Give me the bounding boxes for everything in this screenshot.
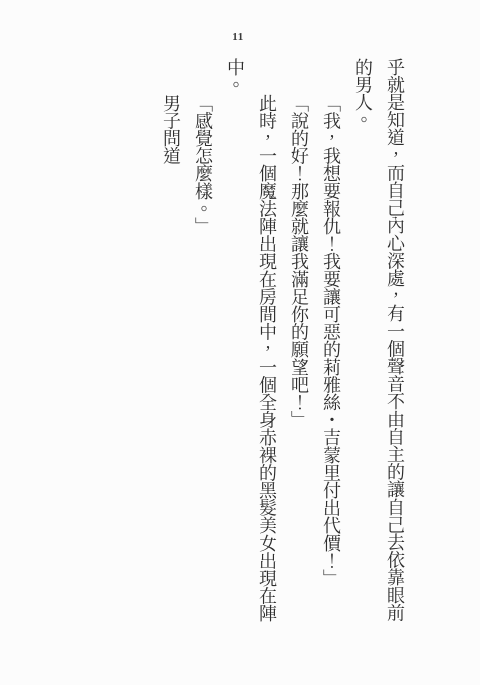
book-page: 11 乎就是知道，而自己內心深處，有一個聲音不由自主的讓自己去依靠眼前的男人。 … xyxy=(0,0,480,685)
paragraph-dialogue-revenge: 「我，我想要報仇！我要讓可惡的莉雅絲・吉蒙里付出代價！」 xyxy=(315,58,347,626)
paragraph-dialogue-wish: 「說的好！那麼就讓我滿足你的願望吧！」 xyxy=(283,58,315,626)
paragraph-narration-man-asked: 男子問道 xyxy=(155,58,187,626)
paragraph-continuation: 乎就是知道，而自己內心深處，有一個聲音不由自主的讓自己去依靠眼前的男人。 xyxy=(347,58,411,626)
paragraph-narration-magic-circle: 此時，一個魔法陣出現在房間中，一個全身赤裸的黑髮美女出現在陣中。 xyxy=(219,58,283,626)
vertical-text-block: 乎就是知道，而自己內心深處，有一個聲音不由自主的讓自己去依靠眼前的男人。 「我，… xyxy=(155,58,411,626)
paragraph-dialogue-feeling: 「感覺怎麼樣。」 xyxy=(187,58,219,626)
page-number: 11 xyxy=(0,31,476,43)
